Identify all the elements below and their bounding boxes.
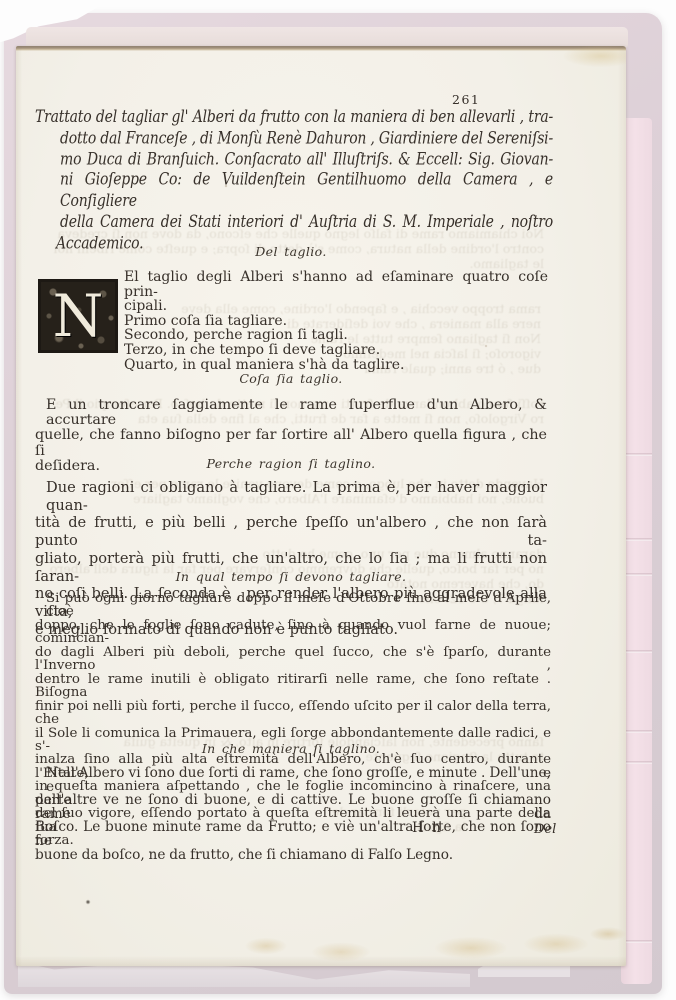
printed-content: 261 Trattato del tagliar gl' Alberi da f…: [16, 46, 626, 966]
section-heading-in-qual-tempo: In qual tempo ſi devono tagliare.: [35, 569, 547, 584]
catchword: Del: [534, 822, 556, 837]
section-heading-del-taglio: Del taglio.: [35, 244, 547, 259]
paragraph-four-points: El taglio degli Alberi s'hanno ad eſamin…: [124, 270, 548, 372]
page-number: 261: [452, 92, 480, 107]
section-heading-perche-ragion: Perche ragion ſi taglino.: [35, 456, 547, 471]
initial-letter: N: [53, 287, 104, 345]
signature-mark: H h: [412, 820, 443, 836]
treatise-header: Trattato del tagliar gl' Alberi da frutt…: [35, 108, 553, 255]
woodcut-initial-N: N: [38, 279, 118, 353]
antique-book-page-photo: Noi chiamiamo rame di falſo legno quelle…: [0, 0, 676, 1000]
page-leaf: Noi chiamiamo rame di falſo legno quelle…: [16, 46, 626, 966]
section-heading-cosa-sia-taglio: Coſa ſia taglio.: [35, 371, 547, 386]
paragraph-branch-types: Nell'Albero vi ſono due ſorti di rame, c…: [35, 767, 551, 862]
section-heading-in-che-maniera: In che maniera ſi taglino.: [35, 741, 547, 756]
